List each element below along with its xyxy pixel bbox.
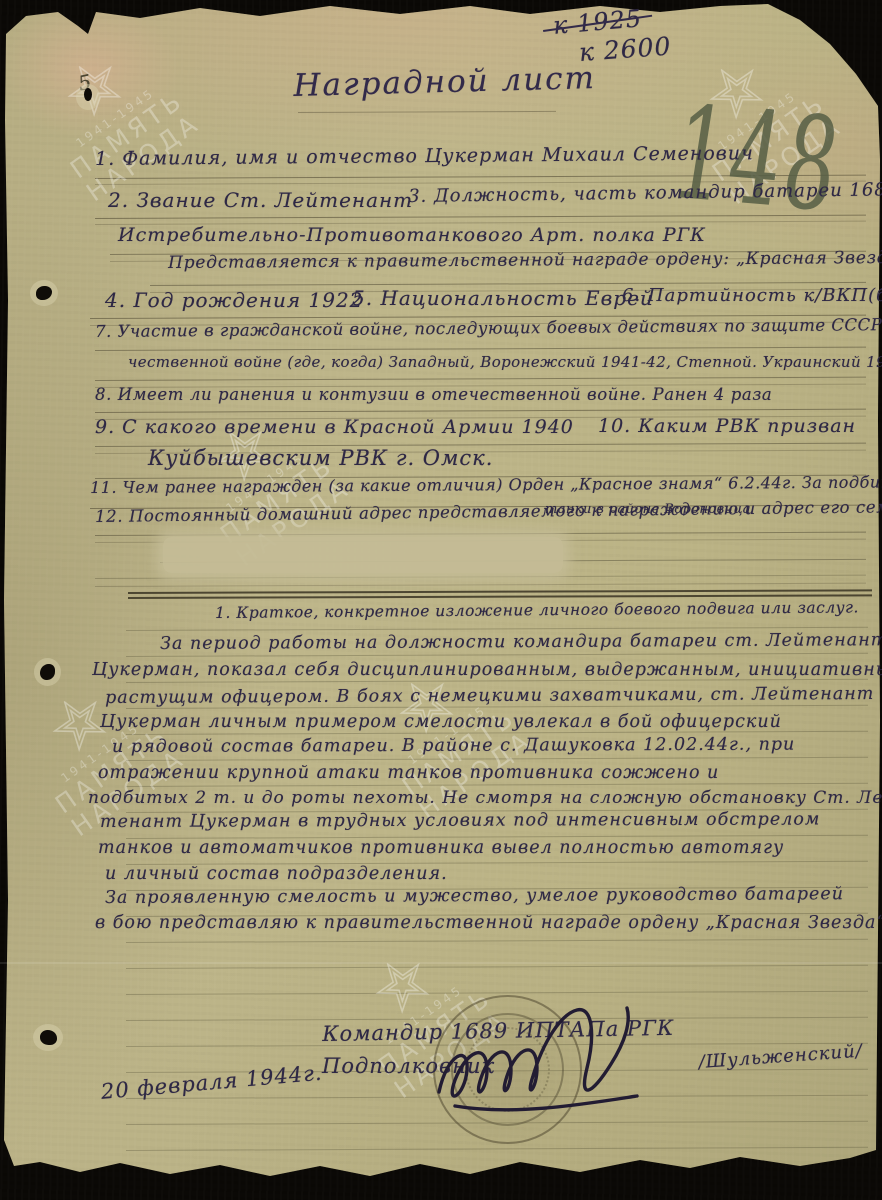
citation-line: отражении крупной атаки танков противник… xyxy=(98,763,719,783)
field-drafted-by: 10. Каким РВК призван xyxy=(598,415,856,437)
scanned-award-document: 1941-1945ПАМЯТЬНАРОДА1941-1945ПАМЯТЬНАРО… xyxy=(0,0,882,1200)
citation-line: За проявленную смелость и мужество, умел… xyxy=(105,884,844,908)
citation-line: в бою представляю к правительственной на… xyxy=(95,913,882,933)
field-drafted-by-cont: Куйбышевским РВК г. Омск. xyxy=(148,446,493,470)
citation-line: и личный состав подразделения. xyxy=(105,864,448,884)
citation-line: Цукерман личным примером смелости увлека… xyxy=(100,712,782,732)
field-party: 6. Партийность к/ВКП(б) xyxy=(622,285,882,306)
redacted-address xyxy=(163,537,563,573)
field-position-cont: Истребительно-Противотанкового Арт. полк… xyxy=(118,224,706,246)
punch-hole xyxy=(40,1030,57,1045)
signature-path xyxy=(439,1008,628,1096)
citation-line: танков и автоматчиков противника вывел п… xyxy=(98,838,784,858)
field-birth-year: 4. Год рождения 1922 xyxy=(105,288,363,312)
citation-line: растущим офицером. В боях с немецкими за… xyxy=(105,684,874,708)
field-rank: 2. Звание Ст. Лейтенант xyxy=(108,188,413,212)
citation-line: Цукерман, показал себя дисциплинированны… xyxy=(92,660,882,680)
signature-underline xyxy=(455,1096,637,1110)
paper-crease xyxy=(0,962,882,964)
field-war-participation-cont: чественной войне (где, когда) Западный, … xyxy=(128,353,882,371)
citation-line: тенант Цукерман в трудных условиях под и… xyxy=(100,809,820,832)
field-wounds: 8. Имеет ли ранения и контузии в отечест… xyxy=(95,385,772,404)
field-army-since: 9. С какого времени в Красной Армии 1940 xyxy=(95,416,574,438)
paper-flaw-hole xyxy=(84,88,92,101)
citation-line: и рядовой состав батареи. В районе с. Да… xyxy=(112,735,795,757)
field-nationality: 5. Национальность Еврей xyxy=(352,286,654,310)
citation-line: За период работы на должности командира … xyxy=(160,630,882,654)
signature-stroke xyxy=(425,992,715,1127)
citation-line: подбитых 2 т. и до роты пехоты. Не смотр… xyxy=(88,788,882,808)
